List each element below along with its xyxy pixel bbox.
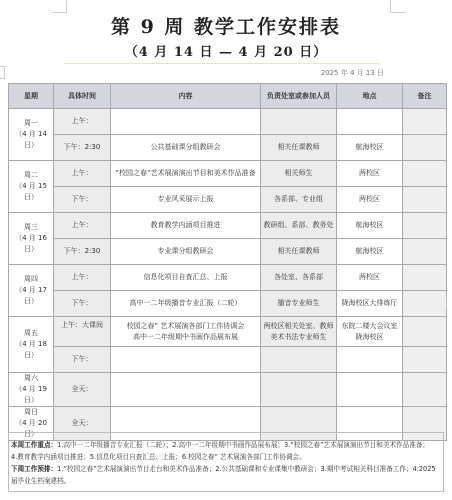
day-label: 周日 [11, 407, 51, 418]
day-label: 周二 [11, 170, 51, 181]
table-row: 下午：2:30 公共基础课分组教研会 相关任课教师 航海校区 [9, 135, 447, 161]
responsible-cell[interactable]: 教研组、系部、教务处 [261, 213, 337, 239]
content-cell[interactable] [111, 109, 261, 135]
location-cell[interactable]: 东院二楼大会议室 陇海校区 [337, 317, 403, 347]
responsible-cell[interactable] [261, 347, 337, 373]
note-cell[interactable] [403, 161, 447, 187]
time-cell[interactable]: 上午：大课间 [54, 317, 111, 347]
this-week-focus-text: 1.高中一二年级播音专业汇报（二轮）；2.高中一二年级期中书画作品展布展；3.“… [57, 441, 429, 449]
day-label: 周六 [11, 373, 51, 384]
schedule-table: 星期 具体时间 内容 负责处室或参加人员 地点 备注 周一 （4 月 14 日）… [8, 83, 447, 441]
day-cell-saturday: 周六 （4 月 19 日） [9, 373, 54, 407]
location-cell[interactable]: 航海校区 [337, 213, 403, 239]
table-row: 周三 （4 月 16 日） 上午： 教育教学内涵项目推进 教研组、系部、教务处 … [9, 213, 447, 239]
day-cell-monday: 周一 （4 月 14 日） [9, 109, 54, 161]
responsible-cell[interactable]: 相关任课教师 [261, 135, 337, 161]
content-cell[interactable]: 信息化项目自查汇总、上报 [111, 265, 261, 291]
location-cell[interactable]: 两校区 [337, 187, 403, 213]
content-cell[interactable]: 公共基础课分组教研会 [111, 135, 261, 161]
location-cell[interactable] [337, 347, 403, 373]
table-row: 周一 （4 月 14 日） 上午： [9, 109, 447, 135]
header-time: 具体时间 [54, 84, 111, 109]
responsible-cell[interactable] [261, 109, 337, 135]
this-week-focus-label: 本周工作重点： [11, 441, 57, 449]
table-row: 下午： 高中一二年级播音专业汇报（二轮） 播音专业师生 陇海校区大排练厅 [9, 291, 447, 317]
table-row: 周五 （4 月 18 日） 上午：大课间 校园之春” 艺术展演各部门工作协调会 … [9, 317, 447, 347]
responsible-cell[interactable] [261, 373, 337, 407]
time-cell[interactable]: 下午：2:30 [54, 135, 111, 161]
day-date: （4 月 18 日） [11, 339, 51, 361]
location-cell[interactable]: 航海校区 [337, 239, 403, 265]
note-cell[interactable] [403, 347, 447, 373]
location-cell[interactable] [337, 373, 403, 407]
header-location: 地点 [337, 84, 403, 109]
time-cell[interactable]: 下午：2:30 [54, 239, 111, 265]
content-cell[interactable]: 专业课分组教研会 [111, 239, 261, 265]
responsible-cell[interactable]: 各处室、各系部 [261, 265, 337, 291]
side-marker [446, 296, 447, 310]
next-week-plan-label: 下周工作预排： [11, 465, 57, 473]
time-cell[interactable]: 上午： [54, 161, 111, 187]
time-cell[interactable]: 上午： [54, 265, 111, 291]
content-line: 校园之春” 艺术展演各部门工作协调会 [113, 321, 258, 332]
day-label: 周五 [11, 328, 51, 339]
next-week-plan-text: 1.“校园之春”艺术展演演出节目走台和美术作品准备；2.公共基础课和专业课集中教… [57, 465, 435, 473]
day-cell-friday: 周五 （4 月 18 日） [9, 317, 54, 373]
location-cell[interactable]: 航海校区 [337, 135, 403, 161]
note-cell[interactable] [403, 239, 447, 265]
day-date: （4 月 15 日） [11, 181, 51, 203]
issue-date: 2025 年 4 月 13 日 [321, 68, 384, 78]
table-row: 周四 （4 月 17 日） 上午： 信息化项目自查汇总、上报 各处室、各系部 两… [9, 265, 447, 291]
table-row: 下午： 专业风采展示上报 各系部、专业组 两校区 [9, 187, 447, 213]
this-week-focus-line-2: 4.教育教学内涵项目推进；5.信息化项目自查汇总、上报；6.校园之春” 艺术展演… [11, 451, 441, 463]
margin-marker [0, 66, 5, 79]
day-date: （4 月 14 日） [11, 129, 51, 151]
location-cell[interactable]: 两校区 [337, 265, 403, 291]
note-cell[interactable] [403, 317, 447, 347]
next-week-plan-line-2: 届毕业生档案建档。 [11, 475, 441, 487]
table-row: 下午：2:30 专业课分组教研会 相关任课教师 航海校区 [9, 239, 447, 265]
content-cell[interactable]: 教育教学内涵项目推进 [111, 213, 261, 239]
content-cell[interactable]: 高中一二年级播音专业汇报（二轮） [111, 291, 261, 317]
page-title: 第 9 周 教学工作安排表 [0, 12, 452, 39]
content-cell[interactable] [111, 373, 261, 407]
header-responsible: 负责处室或参加人员 [261, 84, 337, 109]
note-cell[interactable] [403, 135, 447, 161]
content-cell[interactable] [111, 347, 261, 373]
next-week-plan-line-1: 下周工作预排：1.“校园之春”艺术展演演出节目走台和美术作品准备；2.公共基础课… [11, 463, 441, 475]
note-cell[interactable] [403, 213, 447, 239]
location-line: 东院二楼大会议室 [339, 321, 400, 332]
responsible-line: 两校区相关处室、教师 [263, 321, 334, 332]
weekly-summary-box: 本周工作重点：1.高中一二年级播音专业汇报（二轮）；2.高中一二年级期中书画作品… [8, 432, 444, 492]
responsible-cell[interactable]: 相关师生 [261, 161, 337, 187]
note-cell[interactable] [403, 291, 447, 317]
location-cell[interactable]: 陇海校区大排练厅 [337, 291, 403, 317]
header-notes: 备注 [403, 84, 447, 109]
table-header-row: 星期 具体时间 内容 负责处室或参加人员 地点 备注 [9, 84, 447, 109]
table-row: 周二 （4 月 15 日） 上午： “校园之春”艺术展演演出节目和美术作品准备 … [9, 161, 447, 187]
time-cell[interactable]: 上午： [54, 109, 111, 135]
day-cell-tuesday: 周二 （4 月 15 日） [9, 161, 54, 213]
time-cell[interactable]: 下午： [54, 291, 111, 317]
time-cell[interactable]: 下午： [54, 187, 111, 213]
day-label: 周四 [11, 274, 51, 285]
location-cell[interactable]: 两校区 [337, 161, 403, 187]
this-week-focus-line-1: 本周工作重点：1.高中一二年级播音专业汇报（二轮）；2.高中一二年级期中书画作品… [11, 439, 441, 451]
time-cell[interactable]: 下午： [54, 347, 111, 373]
note-cell[interactable] [403, 265, 447, 291]
content-cell[interactable]: 专业风采展示上报 [111, 187, 261, 213]
table-row: 下午： [9, 347, 447, 373]
day-date: （4 月 16 日） [11, 233, 51, 255]
time-cell[interactable]: 全天： [54, 373, 111, 407]
day-date: （4 月 19 日） [11, 384, 51, 406]
day-date: （4 月 17 日） [11, 285, 51, 307]
day-cell-thursday: 周四 （4 月 17 日） [9, 265, 54, 317]
responsible-cell[interactable]: 各系部、专业组 [261, 187, 337, 213]
note-cell[interactable] [403, 187, 447, 213]
table-row: 周六 （4 月 19 日） 全天： [9, 373, 447, 407]
responsible-line: 美术书法专业师生 [263, 332, 334, 343]
responsible-cell[interactable]: 相关任课教师 [261, 239, 337, 265]
responsible-cell[interactable]: 两校区相关处室、教师 美术书法专业师生 [261, 317, 337, 347]
location-line: 陇海校区 [339, 332, 400, 343]
content-cell[interactable]: “校园之春”艺术展演演出节目和美术作品准备 [111, 161, 261, 187]
day-label: 周三 [11, 222, 51, 233]
day-label: 周一 [11, 118, 51, 129]
location-cell[interactable] [337, 109, 403, 135]
responsible-cell[interactable]: 播音专业师生 [261, 291, 337, 317]
header-content: 内容 [111, 84, 261, 109]
page-subtitle-date-range: （4 月 14 日 — 4 月 20 日） [0, 41, 452, 60]
title-divider [64, 63, 380, 64]
note-cell[interactable] [403, 373, 447, 407]
note-cell[interactable] [403, 109, 447, 135]
header-weekday: 星期 [9, 84, 54, 109]
content-line: 高中一二年级期中书画作品展布展 [113, 332, 258, 343]
content-cell[interactable]: 校园之春” 艺术展演各部门工作协调会 高中一二年级期中书画作品展布展 [111, 317, 261, 347]
day-cell-wednesday: 周三 （4 月 16 日） [9, 213, 54, 265]
time-cell[interactable]: 上午： [54, 213, 111, 239]
